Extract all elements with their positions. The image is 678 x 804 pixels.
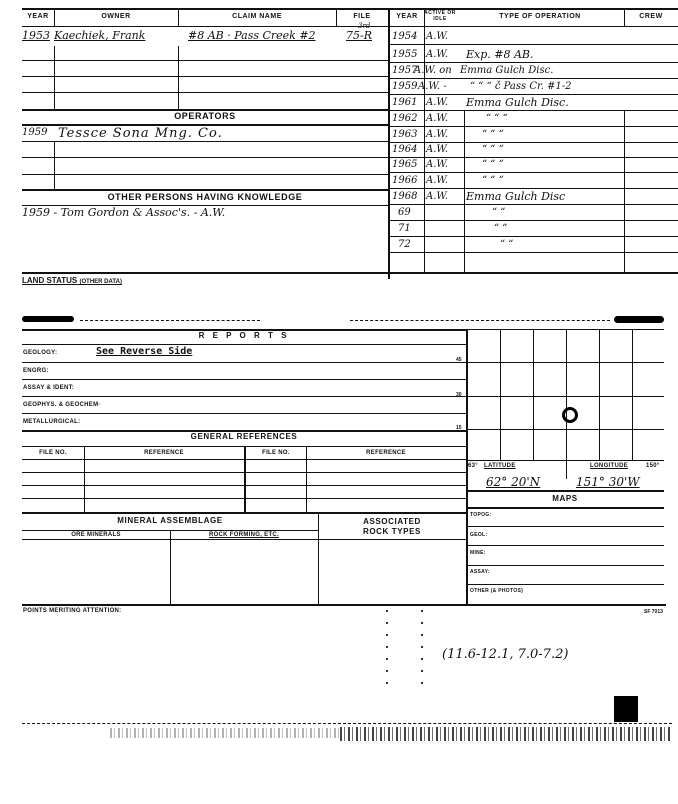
operation-year: 1963: [392, 129, 417, 140]
header-year: YEAR: [22, 13, 54, 20]
operation-year: 69: [398, 207, 411, 218]
operator-year: 1959: [22, 127, 47, 138]
maps-topog: TOPOG:: [470, 512, 491, 518]
operator-name: Tessce Sona Mng. Co.: [58, 126, 223, 141]
operation-type: Emma Gulch Disc.: [466, 96, 569, 109]
file-superscript: 3rd: [358, 22, 370, 30]
operation-status: A.W.: [426, 49, 448, 60]
operation-year: 1955: [392, 49, 417, 60]
scan-artifact: [421, 610, 423, 690]
file-number: 75-R: [346, 29, 372, 42]
operation-type: “ “: [500, 239, 513, 250]
associated-rock-types-title-1: ASSOCIATED: [318, 517, 466, 526]
operation-status: A.W.: [426, 113, 448, 124]
maps-assay: ASSAY:: [470, 569, 490, 575]
form-number: SF 7013: [644, 609, 663, 615]
latitude-value: 62° 20'N: [486, 475, 540, 489]
scan-artifact: [110, 728, 340, 738]
scan-artifact: [386, 610, 388, 690]
operation-year: 1961: [392, 97, 417, 108]
geology-value: See Reverse Side: [96, 346, 192, 357]
operation-status: A.W.: [426, 97, 448, 108]
maps-mine: MINE:: [470, 550, 486, 556]
maps-other: OTHER (& PHOTOS): [470, 588, 523, 594]
operation-status: A.W. on: [414, 65, 452, 76]
ref-header-file-no-2: FILE NO.: [246, 450, 306, 456]
longitude-label: LONGITUDE: [590, 463, 628, 469]
operation-status: A.W.: [426, 159, 448, 170]
reports-title: R E P O R T S: [22, 331, 466, 340]
operation-type: “ “ “: [486, 113, 508, 124]
ref-header-reference: REFERENCE: [84, 450, 244, 456]
owner-year: 1953: [22, 29, 50, 42]
report-label-assay: ASSAY & IDENT:: [23, 385, 74, 391]
operation-status: A.W.: [426, 191, 448, 202]
ore-minerals-header: ORE MINERALS: [22, 532, 170, 538]
operation-type: “ “ “: [482, 159, 504, 170]
operators-title: OPERATORS: [22, 111, 388, 121]
operation-type: Exp. #8 AB.: [466, 48, 534, 61]
header-active-idle: ACTIVE OR IDLE: [424, 10, 456, 22]
operation-year: 1964: [392, 144, 417, 155]
general-references-title: GENERAL REFERENCES: [22, 432, 466, 441]
operation-type: “ “ “ č Pass Cr. #1-2: [470, 81, 572, 92]
scan-artifact: [614, 316, 664, 323]
operation-status: A.W.: [426, 175, 448, 186]
operation-type: “ “ “: [482, 129, 504, 140]
operation-year: 1965: [392, 159, 417, 170]
scan-artifact: [340, 727, 670, 741]
operation-status: A.W. -: [418, 81, 447, 92]
operation-status: A.W.: [426, 31, 448, 42]
scan-artifact: [614, 696, 638, 722]
owner-name: Kaechiek, Frank: [54, 29, 145, 42]
longitude-value: 151° 30'W: [576, 475, 640, 489]
lon-corner: 150°: [646, 463, 660, 469]
operation-year: 71: [398, 223, 411, 234]
header-type-of-operation: TYPE OF OPERATION: [456, 13, 624, 20]
report-label-metallurgical: METALLURGICAL:: [23, 419, 80, 425]
claim-name: #8 AB · Pass Creek #2: [188, 29, 316, 42]
operation-type: “ “ “: [482, 175, 504, 186]
land-status-subtitle: (OTHER DATA): [80, 279, 122, 285]
associated-rock-types-title-2: ROCK TYPES: [318, 527, 466, 536]
points-note: (11.6-12.1, 7.0-7.2): [442, 647, 568, 662]
header-crew: CREW: [624, 13, 678, 20]
report-number: 30: [456, 392, 462, 398]
mineral-assemblage-title: MINERAL ASSEMBLAGE: [22, 516, 318, 525]
rock-forming-header: ROCK FORMING, ETC.: [170, 532, 318, 538]
land-status-title: LAND STATUS (OTHER DATA): [22, 276, 122, 285]
ref-header-file-no: FILE NO.: [22, 450, 84, 456]
header-claim-name: CLAIM NAME: [178, 13, 336, 20]
operation-year: 1959: [392, 81, 417, 92]
header-owner: OWNER: [54, 13, 178, 20]
operation-status: A.W.: [426, 144, 448, 155]
other-persons-title: OTHER PERSONS HAVING KNOWLEDGE: [22, 192, 388, 202]
latitude-label: LATITUDE: [484, 463, 516, 469]
operation-year: 72: [398, 239, 411, 250]
operation-year: 1966: [392, 175, 417, 186]
report-label-geophys: GEOPHYS. & GEOCHEM·: [23, 402, 101, 408]
other-person-entry: 1959 - Tom Gordon & Assoc's. - A.W.: [22, 206, 225, 219]
land-status-label: LAND STATUS: [22, 276, 77, 285]
operation-type: “ “ “: [482, 144, 504, 155]
operation-type: “ “: [492, 207, 505, 218]
header-year-2: YEAR: [390, 13, 424, 20]
header-file: FILE: [336, 13, 388, 20]
operation-type: Emma Gulch Disc.: [460, 65, 553, 76]
operation-type: “ “: [494, 223, 507, 234]
location-marker-icon: [562, 407, 578, 423]
ref-header-reference-2: REFERENCE: [306, 450, 466, 456]
points-title: POINTS MERITING ATTENTION:: [23, 608, 121, 614]
lat-corner: 63°: [468, 463, 478, 469]
report-label-geology: GEOLOGY:: [23, 350, 57, 356]
maps-geol: GEOL:: [470, 532, 487, 538]
operation-status: A.W.: [426, 129, 448, 140]
operation-year: 1962: [392, 113, 417, 124]
report-label-engrg: ENGRG:: [23, 368, 49, 374]
operation-year: 1968: [392, 191, 417, 202]
maps-title: MAPS: [466, 494, 664, 503]
scan-artifact: [22, 316, 74, 322]
operation-type: Emma Gulch Disc: [466, 190, 565, 203]
operation-year: 1954: [392, 31, 417, 42]
